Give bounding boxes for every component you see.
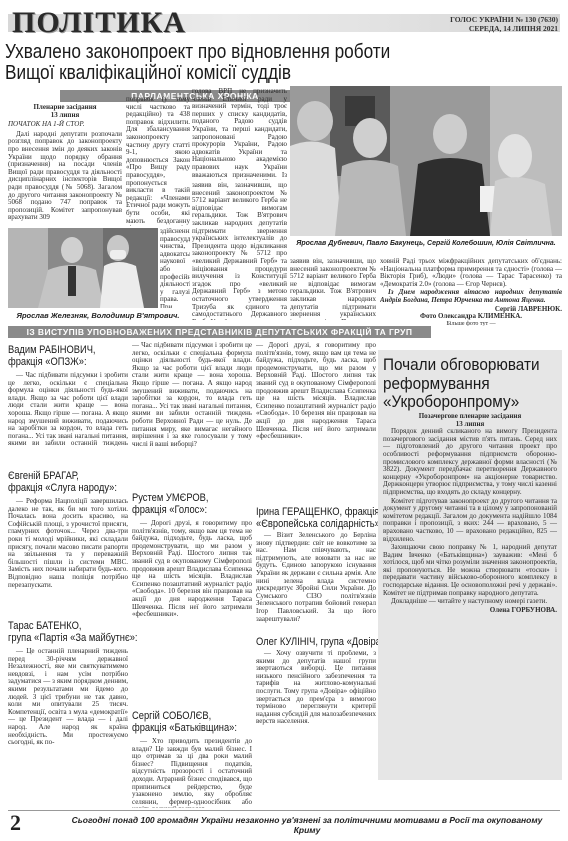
- photo-zhelezniak-viatrovych: [8, 228, 158, 308]
- lead-column-3-continued: заявив він, зазначивши, що внесений зако…: [192, 182, 287, 320]
- lead-column-3: голова ВРП не призначить членів Етичної …: [192, 88, 287, 180]
- photo-caption: Ярослав Дубневич, Павло Бакунець, Сергій…: [290, 240, 562, 247]
- photo-caption: Ярослав Железняк, Володимир В'ятрович.: [8, 311, 188, 320]
- speaker-name: Сергій СОБОЛЄВ, фракція «Батьківщина»:: [132, 710, 237, 734]
- lead-column-2: поправок (у тому числі частково та редак…: [126, 96, 190, 226]
- speaker-name: Олег КУЛІНІЧ, група «Довіра»:: [256, 636, 389, 648]
- footer-banner: Сьогодні понад 100 громадян України неза…: [62, 815, 552, 835]
- speaker-name: Тарас БАТЕНКО, група «Партія «За майбутн…: [8, 620, 138, 644]
- side-article-headline: Почали обговорювати реформування «Укробо…: [383, 356, 540, 412]
- speaker-name: Рустем УМЄРОВ, фракція «Голос»:: [132, 492, 208, 516]
- speaker-name: Вадим РАБІНОВИЧ, фракція «ОПЗЖ»:: [8, 344, 96, 368]
- continued-note: ПОЧАТОК НА 1-Й СТОР.: [8, 121, 122, 129]
- lead-column-2-continued: здійсненні правосуддя, чинства, адвокатс…: [160, 228, 190, 308]
- speech-text: — Хто приводить президентів до влади? Це…: [132, 738, 252, 808]
- section-title: ПОЛІТИКА: [12, 8, 186, 38]
- page-number: 2: [10, 812, 21, 834]
- masthead-issue: ГОЛОС УКРАЇНИ № 130 (7630): [450, 15, 558, 24]
- article-paragraph: Далі народні депутати розпочали розгляд …: [8, 131, 122, 222]
- masthead: ГОЛОС УКРАЇНИ № 130 (7630) СЕРЕДА, 14 ЛИ…: [450, 15, 558, 33]
- side-article-body: Позачергове пленарне засідання 13 липня …: [383, 413, 557, 777]
- photo-credit: Фото Олександра КЛИМЕНКА.: [380, 313, 562, 321]
- lead-column-4: заявив він, зазначивши, що внесений зако…: [290, 258, 376, 320]
- article-paragraph: поправок (у тому числі частково та редак…: [126, 96, 190, 226]
- birthday-note: Із Днем народження вітаємо народних депу…: [380, 289, 562, 304]
- speech-text-continued: — Час підбивати підсумки і зробити це ле…: [132, 342, 252, 482]
- lead-column-1: Пленарне засідання 13 липня ПОЧАТОК НА 1…: [8, 104, 122, 222]
- side-author: Олена ГОРБУНОВА.: [383, 607, 557, 615]
- speech-text: — Дорогі друзі, я говоритиму про політв'…: [132, 520, 252, 696]
- speech-text: — Це останній пленарний тиждень перед 30…: [8, 648, 128, 808]
- speech-text: — Візит Зеленського до Берліна знову під…: [256, 532, 376, 632]
- speech-text: — Час підбивати підсумки і зробити це ле…: [8, 372, 128, 446]
- speaker-name: Ірина ГЕРАЩЕНКО, фракція «Європейська со…: [256, 506, 382, 530]
- session-date: 13 липня: [8, 112, 122, 120]
- lead-headline: Ухвалено законопроект про відновлення ро…: [5, 42, 564, 84]
- speeches-section-band: ІЗ ВИСТУПІВ УПОВНОВАЖЕНИХ ПРЕДСТАВНИКІВ …: [8, 326, 431, 338]
- speech-text: — Хочу озвучити ті проблеми, з якими до …: [256, 650, 376, 808]
- speaker-name: Євгеній БРАГАР, фракція «Слуга народу»:: [8, 470, 117, 494]
- lead-column-5: ховній Раді трьох міжфракційних депутатс…: [380, 258, 562, 326]
- speech-text-continued: — Дорогі друзі, я говоритиму про політв'…: [256, 342, 376, 502]
- photo-deputies-group: [290, 86, 562, 236]
- speech-text: — Реформа Нацполіції завершилась далеко …: [8, 498, 128, 612]
- footer-divider: [8, 810, 560, 811]
- masthead-date: СЕРЕДА, 14 ЛИПНЯ 2021: [450, 24, 558, 33]
